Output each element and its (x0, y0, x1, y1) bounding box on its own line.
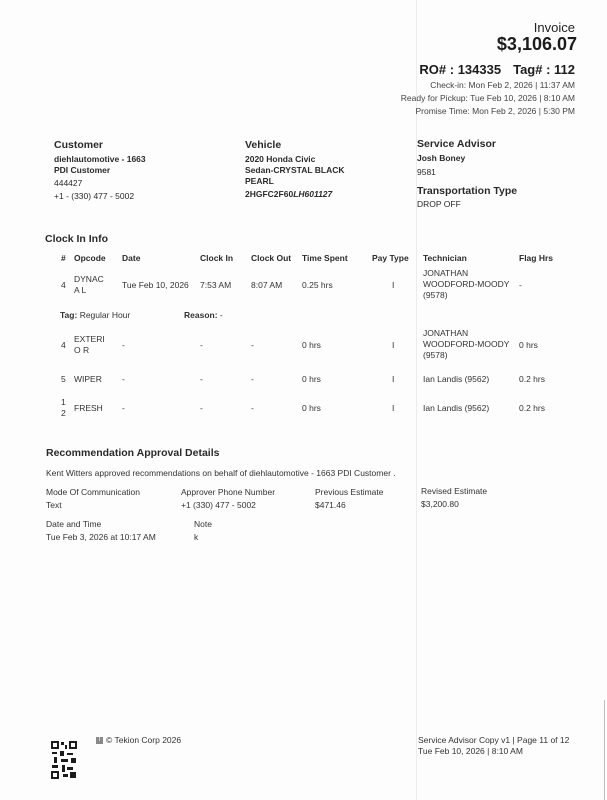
row-technician: JONATHAN WOODFORD-MOODY (9578) (423, 268, 515, 301)
copy-page-info: Service Advisor Copy v1 | Page 11 of 12 (418, 735, 569, 745)
row-num: 1 2 (61, 397, 67, 419)
row-clock-out: - (251, 403, 254, 414)
customer-phone: +1 - (330) 477 - 5002 (54, 191, 146, 202)
row-opcode: FRESH (74, 403, 103, 414)
tag-label: Tag: (60, 310, 77, 320)
phone-label: Approver Phone Number (181, 487, 275, 497)
ro-number: RO# : 134335 (419, 62, 501, 77)
row-num: 4 (61, 280, 66, 291)
row-flag-hrs: - (519, 280, 522, 291)
customer-name-line2: PDI Customer (54, 165, 146, 176)
note-label: Note (194, 519, 212, 529)
row-date: Tue Feb 10, 2026 (122, 280, 189, 291)
row-clock-in: - (200, 340, 203, 351)
row-technician: JONATHAN WOODFORD-MOODY (9578) (423, 328, 515, 361)
recommendation-statement: Kent Witters approved recommendations on… (46, 468, 396, 478)
vehicle-line1: 2020 Honda Civic (245, 154, 345, 165)
col-flag-hrs: Flag Hrs (519, 253, 553, 263)
copyright-text: © Tekion Corp 2026 (106, 735, 181, 745)
vehicle-heading: Vehicle (245, 139, 345, 151)
row-date: - (122, 403, 125, 414)
row-clock-out: - (251, 374, 254, 385)
tag-value: Regular Hour (80, 310, 131, 320)
reason-label: Reason: (184, 310, 218, 320)
row-time-spent: 0.25 hrs (302, 280, 333, 291)
datetime-value: Tue Feb 3, 2026 at 10:17 AM (46, 532, 156, 542)
row-opcode: WIPER (74, 374, 102, 385)
row-clock-in: 7:53 AM (200, 280, 231, 291)
row-date: - (122, 374, 125, 385)
row-pay-type: I (392, 280, 394, 291)
customer-id: 444427 (54, 178, 146, 189)
row-flag-hrs: 0.2 hrs (519, 374, 545, 385)
service-advisor-section: Service Advisor Josh Boney 9581 Transpor… (417, 138, 517, 210)
col-date: Date (122, 253, 140, 263)
row-pay-type: I (392, 374, 394, 385)
vin-prefix: 2HGFC2F60 (245, 189, 293, 199)
row-date: - (122, 340, 125, 351)
row-time-spent: 0 hrs (302, 374, 321, 385)
tag-info: Tag: Regular Hour (60, 310, 130, 321)
page-edge (604, 700, 605, 800)
row-technician: Ian Landis (9562) (423, 374, 489, 385)
revised-estimate-label: Revised Estimate (421, 486, 487, 496)
clock-in-heading: Clock In Info (45, 233, 108, 245)
col-clock-out: Clock Out (251, 253, 291, 263)
col-technician: Technician (423, 253, 467, 263)
recommendation-heading: Recommendation Approval Details (46, 447, 219, 459)
col-num: # (61, 253, 66, 263)
row-technician: Ian Landis (9562) (423, 403, 489, 414)
note-value: k (194, 532, 198, 542)
customer-name-line1: diehlautomotive - 1663 (54, 154, 146, 165)
service-advisor-id: 9581 (417, 167, 517, 178)
vehicle-line3: PEARL (245, 176, 345, 187)
transportation-heading: Transportation Type (417, 185, 517, 197)
transportation-value: DROP OFF (417, 199, 517, 210)
row-num: 4 (61, 340, 66, 351)
reason-value: - (220, 310, 223, 320)
promise-time: Promise Time: Mon Feb 2, 2026 | 5:30 PM (415, 106, 575, 116)
qr-code (51, 741, 77, 779)
col-clock-in: Clock In (200, 253, 233, 263)
vehicle-line2: Sedan-CRYSTAL BLACK (245, 165, 345, 176)
invoice-title: Invoice (534, 20, 575, 35)
printed-time: Tue Feb 10, 2026 | 8:10 AM (418, 746, 523, 756)
service-advisor-heading: Service Advisor (417, 138, 517, 150)
row-flag-hrs: 0 hrs (519, 340, 538, 351)
row-num: 5 (61, 374, 66, 385)
customer-section: Customer diehlautomotive - 1663 PDI Cust… (54, 139, 146, 202)
invoice-total: $3,106.07 (497, 34, 577, 55)
previous-estimate-label: Previous Estimate (315, 487, 384, 497)
phone-value: +1 (330) 477 - 5002 (181, 500, 256, 510)
previous-estimate-value: $471.46 (315, 500, 346, 510)
ready-for-pickup-time: Ready for Pickup: Tue Feb 10, 2026 | 8:1… (401, 93, 575, 103)
row-time-spent: 0 hrs (302, 340, 321, 351)
row-clock-out: - (251, 340, 254, 351)
row-time-spent: 0 hrs (302, 403, 321, 414)
copyright: T© Tekion Corp 2026 (96, 735, 181, 745)
vehicle-vin: 2HGFC2F60LH601127 (245, 189, 345, 200)
row-opcode: DYNACA L (74, 274, 108, 296)
scan-artifact-line (416, 0, 417, 800)
tekion-logo-icon: T (96, 737, 103, 744)
row-opcode: EXTERIO R (74, 334, 108, 356)
col-time-spent: Time Spent (302, 253, 348, 263)
reason-info: Reason: - (184, 310, 223, 321)
row-clock-out: 8:07 AM (251, 280, 282, 291)
row-clock-in: - (200, 403, 203, 414)
check-in-time: Check-in: Mon Feb 2, 2026 | 11:37 AM (430, 80, 575, 90)
vehicle-section: Vehicle 2020 Honda Civic Sedan-CRYSTAL B… (245, 139, 345, 200)
row-clock-in: - (200, 374, 203, 385)
datetime-label: Date and Time (46, 519, 101, 529)
revised-estimate-value: $3,200.80 (421, 499, 459, 509)
row-pay-type: I (392, 340, 394, 351)
col-opcode: Opcode (74, 253, 106, 263)
col-pay-type: Pay Type (372, 253, 409, 263)
row-flag-hrs: 0.2 hrs (519, 403, 545, 414)
customer-heading: Customer (54, 139, 146, 151)
service-advisor-name: Josh Boney (417, 153, 517, 164)
ro-tag-line: RO# : 134335Tag# : 112 (419, 62, 575, 77)
mode-label: Mode Of Communication (46, 487, 140, 497)
vin-suffix: LH601127 (293, 189, 332, 199)
tag-number: Tag# : 112 (513, 62, 575, 77)
row-pay-type: I (392, 403, 394, 414)
mode-value: Text (46, 500, 62, 510)
